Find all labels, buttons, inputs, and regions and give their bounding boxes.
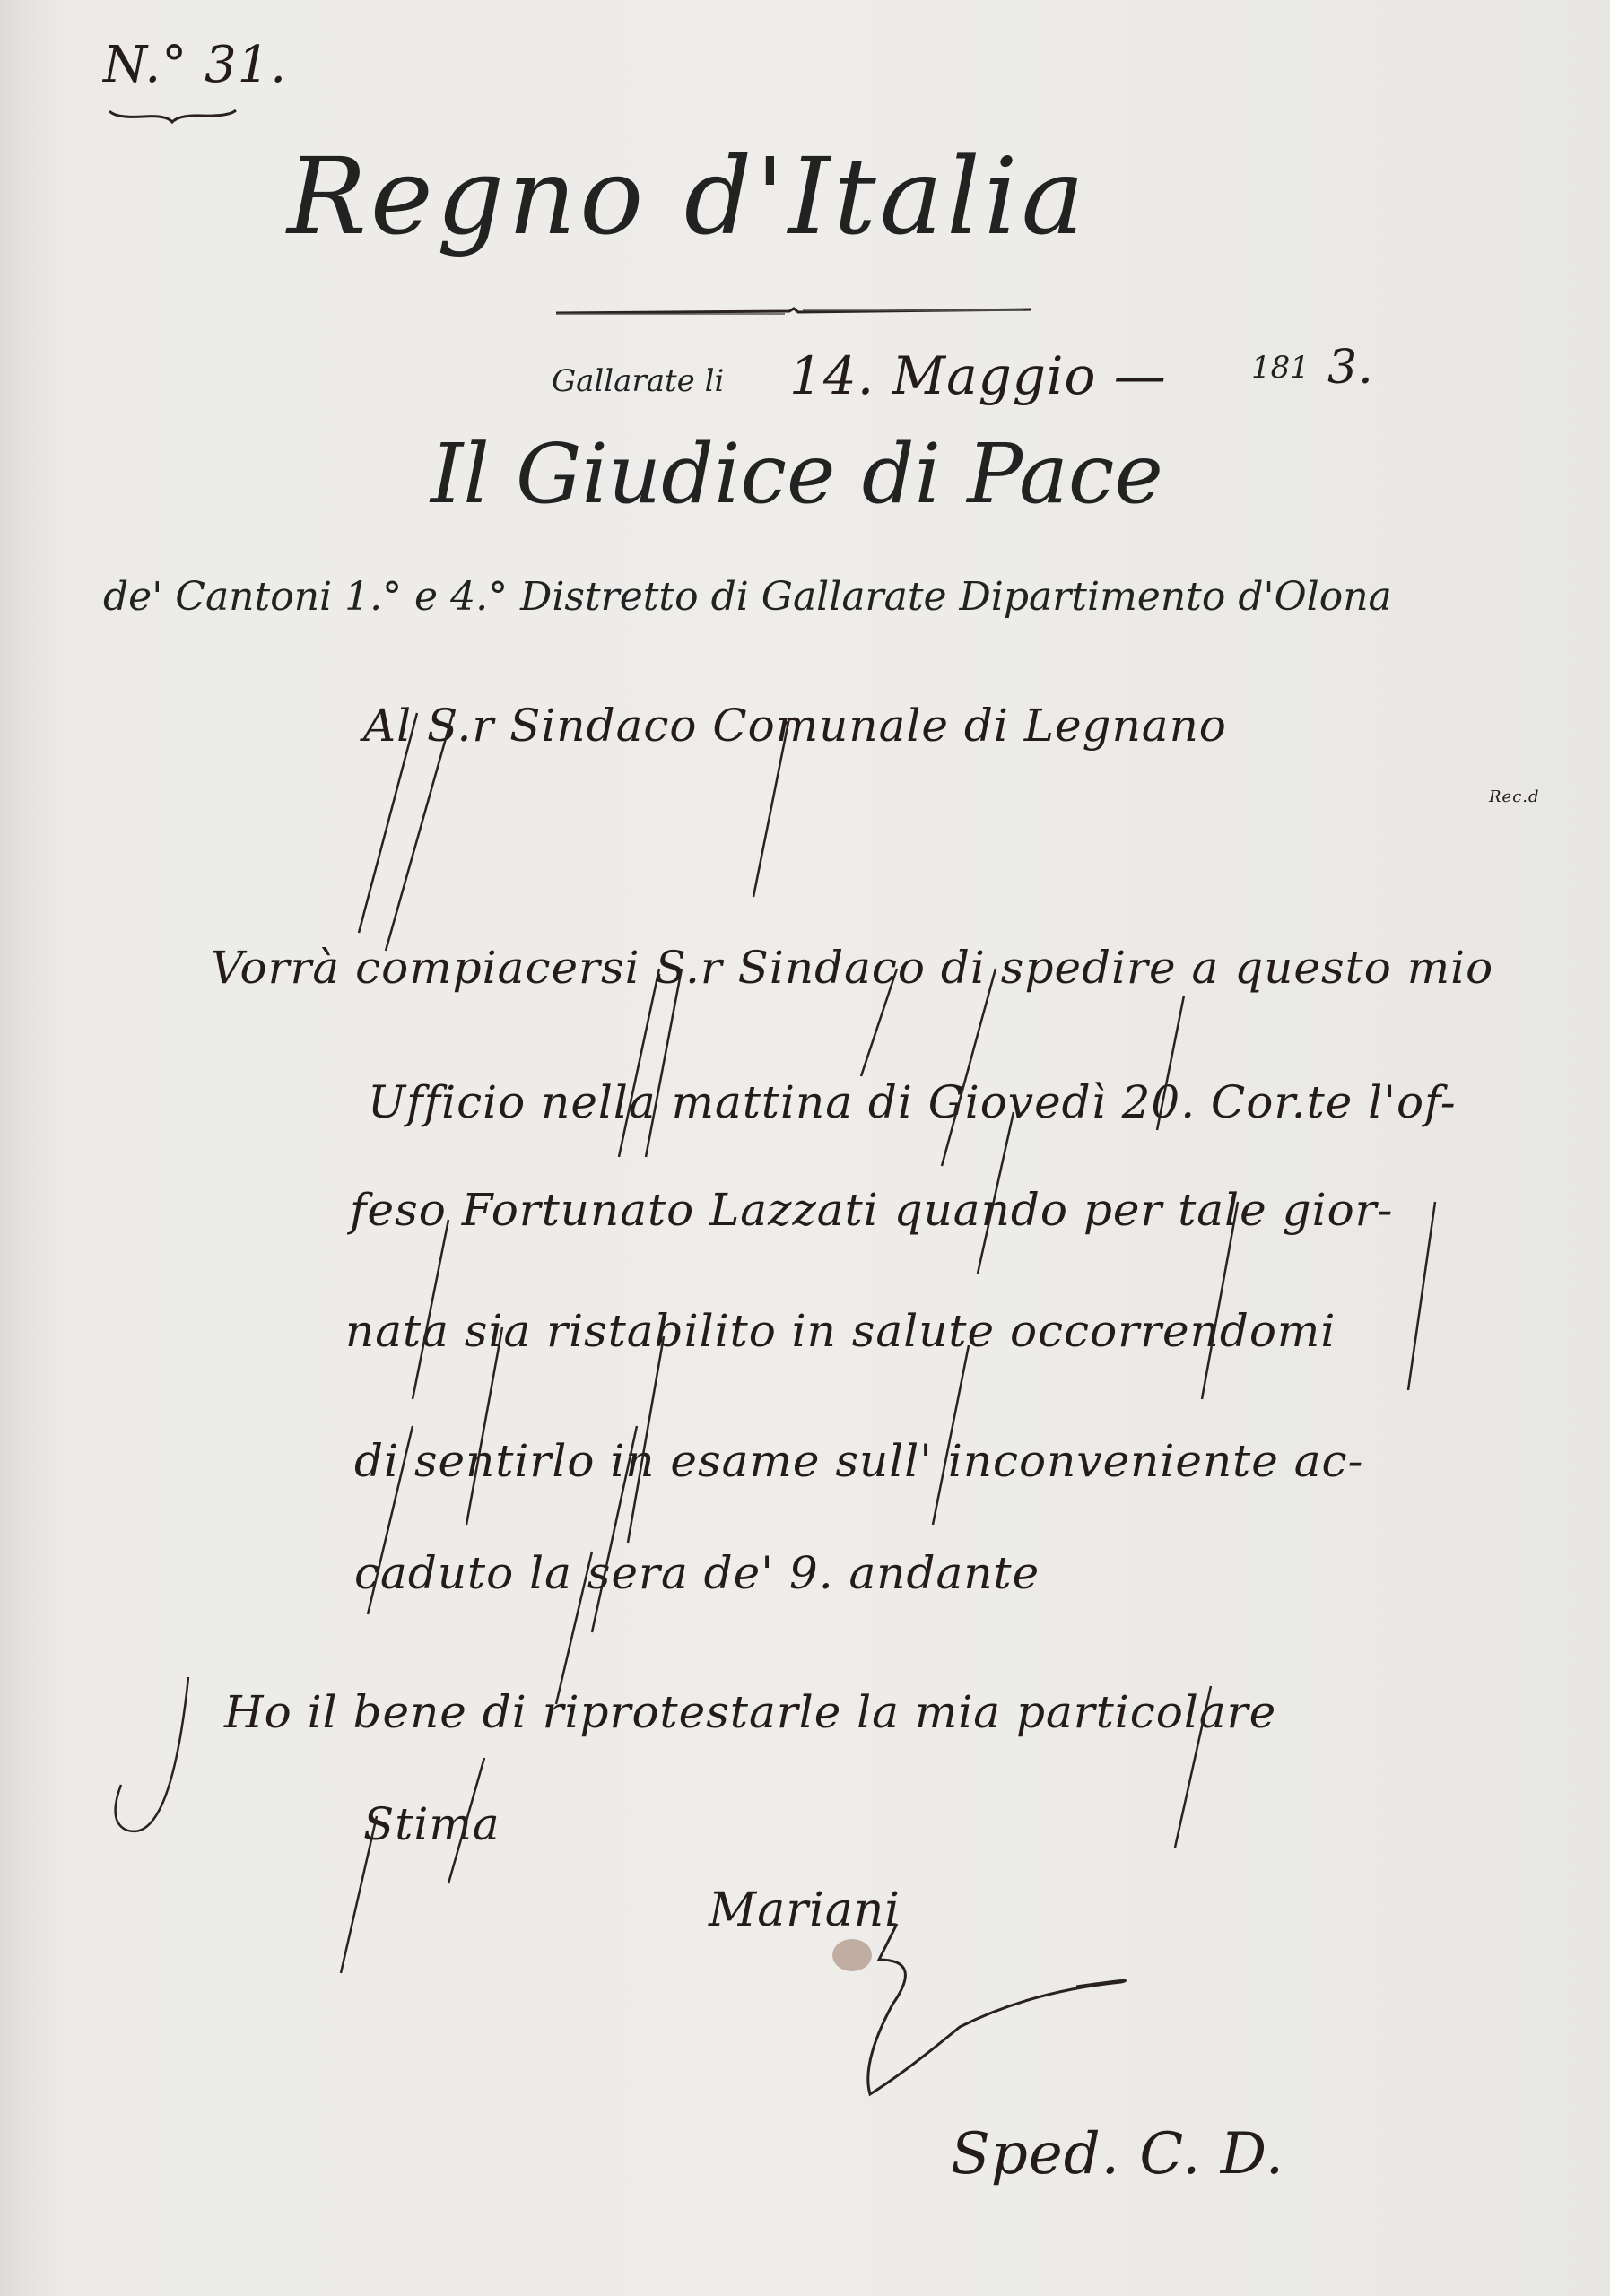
body-line: nata sia ristabilito in salute occorrend…	[345, 1305, 1336, 1357]
body-line: Vorrà compiacersi S.r Sindaco di spedire…	[211, 942, 1493, 994]
underline-brace-icon	[108, 108, 238, 126]
decorative-rule	[556, 305, 1031, 317]
body-line: caduto la sera de' 9. andante	[354, 1547, 1040, 1599]
signature-clerk: Sped. C. D.	[951, 2121, 1284, 2187]
margin-annotation: Rec.d	[1489, 787, 1540, 806]
recipient-line: Al S.r Sindaco Comunale di Legnano	[363, 700, 1227, 752]
document-number: N.° 31.	[103, 36, 287, 94]
signature-judge: Mariani	[709, 1883, 901, 1937]
body-line: Ho il bene di riprotestarle la mia parti…	[224, 1686, 1276, 1738]
letterhead-office-title: Il Giudice di Pace	[431, 426, 1163, 522]
document-page: N.° 31. Regno d'Italia Gallarate li 14. …	[0, 0, 1610, 2296]
letterhead-place-label: Gallarate li	[552, 363, 724, 399]
letterhead-office-district: de' Cantoni 1.° e 4.° Distretto di Galla…	[103, 574, 1392, 620]
letterhead-year-prefix: 181	[1251, 350, 1310, 386]
letterhead-kingdom-title: Regno d'Italia	[287, 135, 1088, 258]
body-line: Ufficio nella mattina di Giovedì 20. Cor…	[368, 1076, 1457, 1128]
date-day-month: 14. Maggio —	[789, 345, 1167, 406]
body-line: di sentirlo in esame sull' inconveniente…	[354, 1435, 1363, 1487]
date-year-suffix: 3.	[1327, 341, 1374, 395]
signature-flourish-icon	[852, 1919, 1148, 2108]
body-line: feso Fortunato Lazzati quando per tale g…	[350, 1184, 1393, 1236]
body-line: Stima	[363, 1798, 500, 1850]
